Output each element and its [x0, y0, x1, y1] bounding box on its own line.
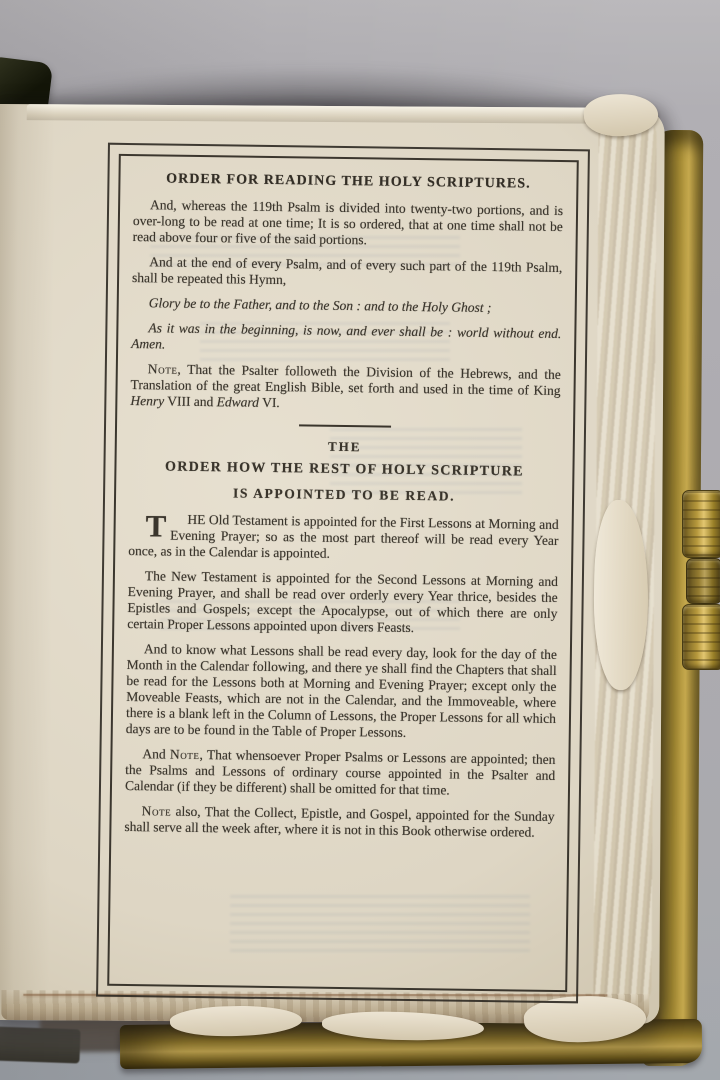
- note-proper-psalms: And Note, That whensoever Proper Psalms …: [125, 746, 556, 800]
- cover-edge-bottom-left: [0, 1027, 81, 1064]
- note-collect-epistle-gospel: Note also, That the Collect, Epistle, an…: [124, 803, 554, 841]
- page-heading: ORDER FOR READING THE HOLY SCRIPTURES.: [133, 171, 563, 193]
- paragraph-new-testament: The New Testament is appointed for the S…: [127, 568, 558, 638]
- section-title-main: ORDER HOW THE REST OF HOLY SCRIPTURE: [129, 459, 559, 481]
- printed-page-content: ORDER FOR READING THE HOLY SCRIPTURES. A…: [107, 154, 579, 992]
- hinge-knuckle-top: [682, 490, 720, 558]
- paragraph-lessons-calendar: And to know what Lessons shall be read e…: [126, 641, 557, 743]
- paragraph-old-testament: THE Old Testament is appointed for the F…: [128, 511, 559, 565]
- hinge-knuckle-bottom: [682, 604, 720, 670]
- section-title-sub: IS APPOINTED TO BE READ.: [129, 484, 559, 506]
- book-photo-scene: ORDER FOR READING THE HOLY SCRIPTURES. A…: [0, 0, 720, 1080]
- note-psalter-translation: Note, That the Psalter followeth the Div…: [130, 361, 561, 415]
- section-divider-rule: [299, 424, 391, 427]
- hinge-pin: [686, 558, 720, 604]
- hymn-as-it-was: As it was in the beginning, is now, and …: [131, 320, 561, 358]
- section-title-the: THE: [130, 436, 560, 458]
- paragraph-hymn-intro: And at the end of every Psalm, and of ev…: [132, 254, 562, 292]
- paragraph-old-testament-text: HE Old Testament is appointed for the Fi…: [128, 512, 559, 561]
- paragraph-psalm-division: And, whereas the 119th Psalm is divided …: [133, 197, 564, 251]
- drop-cap-letter: T: [128, 511, 170, 539]
- brass-hinge: [682, 490, 720, 668]
- hymn-gloria-patri: Glory be to the Father, and to the Son :…: [132, 295, 562, 317]
- printed-border-frame: ORDER FOR READING THE HOLY SCRIPTURES. A…: [96, 143, 590, 1004]
